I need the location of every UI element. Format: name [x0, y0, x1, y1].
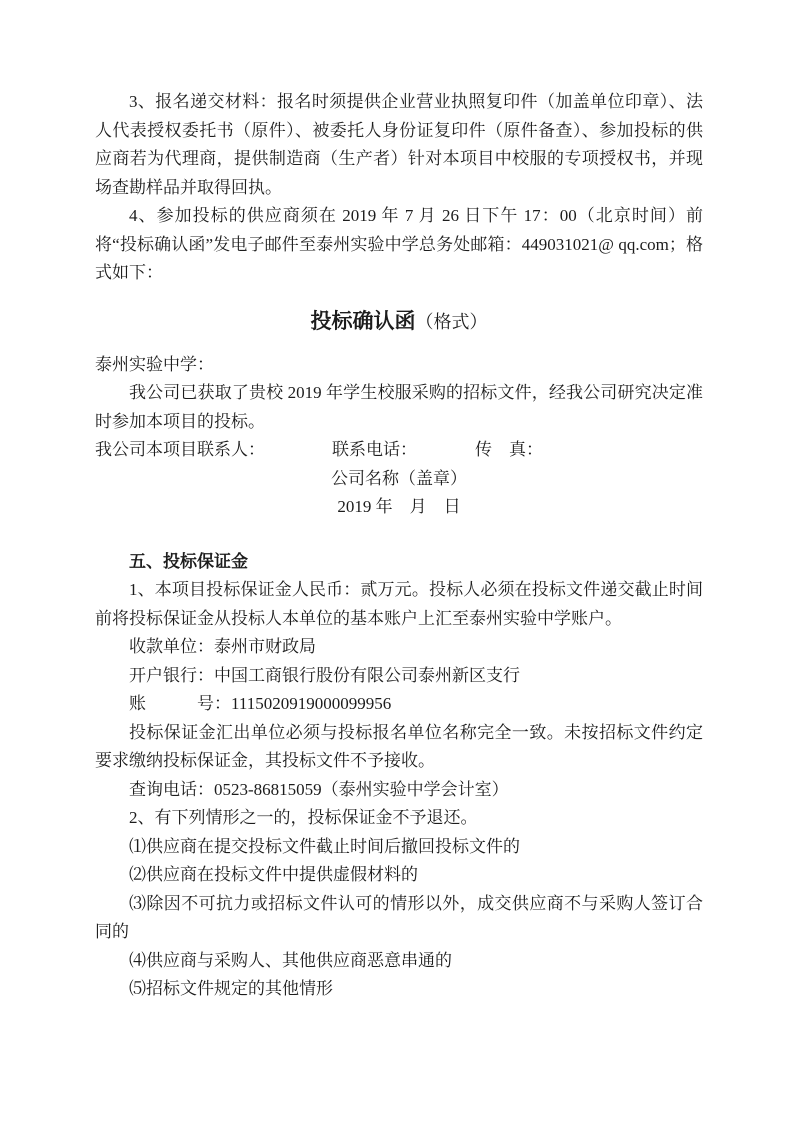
list-item-5: ⑸招标文件规定的其他情形 — [95, 975, 703, 1004]
list-item-4: ⑷供应商与采购人、其他供应商恶意串通的 — [95, 947, 703, 976]
list-item-2: ⑵供应商在投标文件中提供虚假材料的 — [95, 861, 703, 890]
document-content: 3、报名递交材料：报名时须提供企业营业执照复印件（加盖单位印章）、法人代表授权委… — [95, 88, 703, 1004]
document-page: 3、报名递交材料：报名时须提供企业营业执照复印件（加盖单位印章）、法人代表授权委… — [0, 0, 793, 1122]
paragraph-bid-confirmation-email: 4、参加投标的供应商须在 2019 年 7 月 26 日下午 17：00（北京时… — [95, 202, 703, 288]
contact-fax-label: 传 真： — [475, 440, 543, 459]
paragraph-registration-materials: 3、报名递交材料：报名时须提供企业营业执照复印件（加盖单位印章）、法人代表授权委… — [95, 88, 703, 202]
line-inquiry-phone: 查询电话：0523-86815059（泰州实验中学会计室） — [95, 776, 703, 805]
letter-body: 我公司已获取了贵校 2019 年学生校服采购的招标文件，经我公司研究决定准时参加… — [95, 379, 703, 436]
date-line: 2019 年 月 日 — [95, 493, 703, 522]
letter-title-suffix: （格式） — [416, 312, 488, 332]
contact-phone-label: 联系电话： — [332, 440, 417, 459]
section-heading-bid-deposit: 五、投标保证金 — [95, 548, 703, 577]
paragraph-deposit-non-refund: 2、有下列情形之一的，投标保证金不予退还。 — [95, 804, 703, 833]
line-bank: 开户银行：中国工商银行股份有限公司泰州新区支行 — [95, 662, 703, 691]
contact-line: 我公司本项目联系人：联系电话：传 真： — [95, 436, 703, 465]
line-account-number: 账 号：1115020919000099956 — [95, 690, 703, 719]
letter-title: 投标确认函（格式） — [95, 304, 703, 339]
company-seal-line: 公司名称（盖章） — [95, 465, 703, 494]
list-item-1: ⑴供应商在提交投标文件截止时间后撤回投标文件的 — [95, 833, 703, 862]
paragraph-deposit-remitter-rule: 投标保证金汇出单位必须与投标报名单位名称完全一致。未按招标文件约定要求缴纳投标保… — [95, 719, 703, 776]
list-item-3: ⑶除因不可抗力或招标文件认可的情形以外，成交供应商不与采购人签订合同的 — [95, 890, 703, 947]
letter-salutation: 泰州实验中学： — [95, 351, 703, 380]
line-payee: 收款单位：泰州市财政局 — [95, 633, 703, 662]
letter-title-main: 投标确认函 — [311, 309, 416, 333]
paragraph-deposit-amount: 1、本项目投标保证金人民币：贰万元。投标人必须在投标文件递交截止时间前将投标保证… — [95, 576, 703, 633]
contact-person-label: 我公司本项目联系人： — [95, 440, 265, 459]
